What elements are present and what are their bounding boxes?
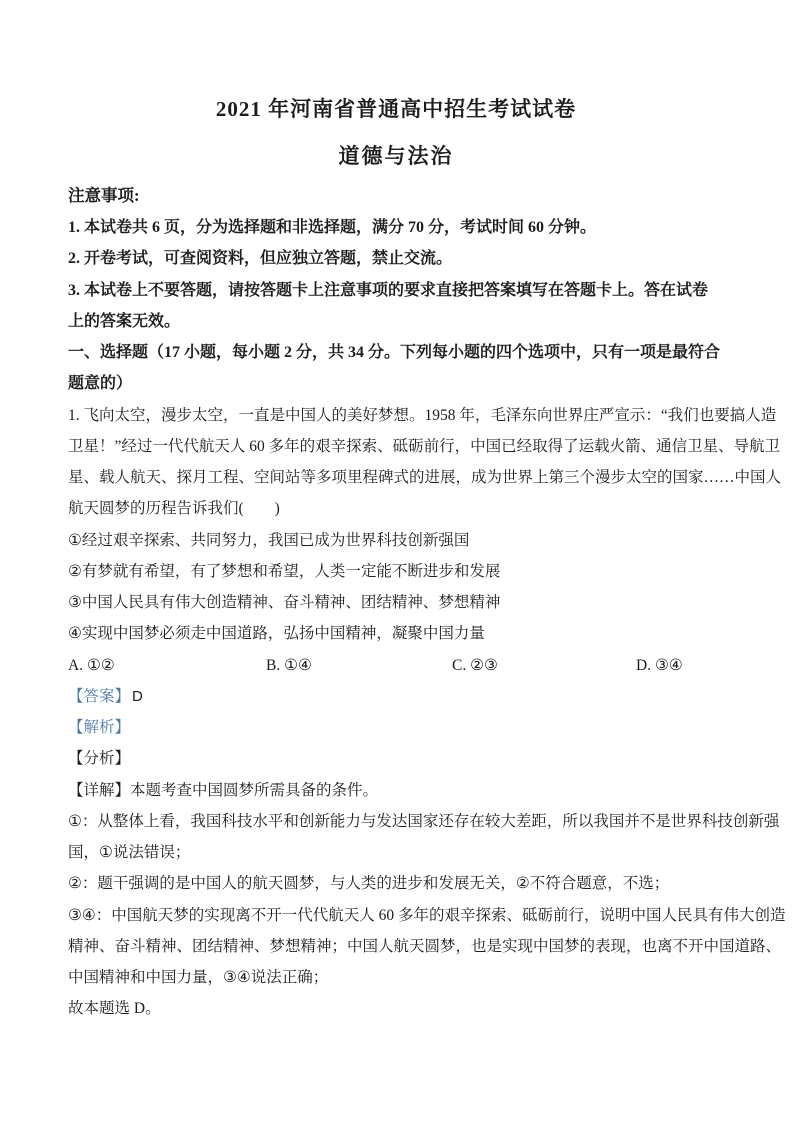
detail-line-6: 精神、奋斗精神、团结精神、梦想精神；中国人航天圆梦，也是实现中国梦的表现，也离不… (68, 931, 724, 962)
document-page: 2021 年河南省普通高中招生考试试卷 道德与法治 注意事项: 1. 本试卷共 … (0, 0, 793, 1122)
exam-subject-title: 道德与法治 (68, 141, 724, 171)
choice-c-label: C. (452, 657, 466, 674)
exam-title: 2021 年河南省普通高中招生考试试卷 (68, 94, 724, 124)
choice-b: B. ①④ (266, 650, 312, 681)
notice-heading: 注意事项: (68, 183, 724, 209)
question-1-statement-1: ①经过艰辛探索、共同努力，我国已成为世界科技创新强国 (68, 525, 724, 556)
review-label: 【分析】 (68, 750, 130, 767)
detail-line-2: ①：从整体上看，我国科技水平和创新能力与发达国家还存在较大差距，所以我国并不是世… (68, 806, 724, 837)
choice-d-label: D. (636, 657, 651, 674)
choice-d: D. ③④ (636, 650, 683, 681)
question-1-stem-line-1: 1. 飞向太空，漫步太空，一直是中国人的美好梦想。1958 年，毛泽东向世界庄严… (68, 400, 724, 431)
choice-b-label: B. (266, 657, 280, 674)
detail-line-3: 国，①说法错误； (68, 837, 724, 868)
conclusion-line: 故本题选 D。 (68, 993, 724, 1024)
page-content: 2021 年河南省普通高中招生考试试卷 道德与法治 注意事项: 1. 本试卷共 … (0, 94, 793, 1025)
answer-value: D (130, 688, 143, 705)
notice-item-1: 1. 本试卷共 6 页，分为选择题和非选择题，满分 70 分，考试时间 60 分… (68, 212, 724, 243)
detail-line-5: ③④：中国航天梦的实现离不开一代代航天人 60 多年的艰辛探索、砥砺前行，说明中… (68, 900, 724, 931)
question-1-statement-2: ②有梦就有希望，有了梦想和希望，人类一定能不断进步和发展 (68, 556, 724, 587)
answer-row: 【答案】D (68, 681, 724, 712)
choice-d-value: ③④ (655, 657, 683, 674)
question-1-statement-3: ③中国人民具有伟大创造精神、奋斗精神、团结精神、梦想精神 (68, 587, 724, 618)
question-1-statement-4: ④实现中国梦必须走中国道路，弘扬中国精神，凝聚中国力量 (68, 618, 724, 649)
section-heading-line-2: 题意的） (68, 368, 724, 399)
choice-a-label: A. (68, 657, 83, 674)
document-body: 1. 本试卷共 6 页，分为选择题和非选择题，满分 70 分，考试时间 60 分… (68, 212, 724, 1025)
choice-a-value: ①② (87, 657, 115, 674)
analysis-label: 【解析】 (68, 719, 130, 736)
choice-a: A. ①② (68, 650, 115, 681)
notice-item-3-line-2: 上的答案无效。 (68, 306, 724, 337)
detail-line-7: 中国精神和中国力量，③④说法正确； (68, 962, 724, 993)
question-1-choices-row: A. ①② B. ①④ C. ②③ D. ③④ (68, 650, 724, 681)
question-1-stem-line-3: 星、载人航天、探月工程、空间站等多项里程碑式的进展，成为世界上第三个漫步太空的国… (68, 462, 724, 493)
analysis-row: 【解析】 (68, 712, 724, 743)
section-heading-line-1: 一、选择题（17 小题，每小题 2 分，共 34 分。下列每小题的四个选项中，只… (68, 337, 724, 368)
choice-b-value: ①④ (284, 657, 312, 674)
choice-c: C. ②③ (452, 650, 498, 681)
detail-line-1: 【详解】本题考查中国圆梦所需具备的条件。 (68, 775, 724, 806)
review-row: 【分析】 (68, 743, 724, 774)
notice-item-2: 2. 开卷考试，可查阅资料，但应独立答题，禁止交流。 (68, 243, 724, 274)
detail-line-4: ②：题干强调的是中国人的航天圆梦，与人类的进步和发展无关，②不符合题意，不选； (68, 868, 724, 899)
choice-c-value: ②③ (470, 657, 498, 674)
question-1-stem-line-4: 航天圆梦的历程告诉我们( ) (68, 493, 724, 524)
question-1-stem-line-2: 卫星！”经过一代代航天人 60 多年的艰辛探索、砥砺前行，中国已经取得了运载火箭… (68, 431, 724, 462)
answer-label: 【答案】 (68, 688, 130, 705)
notice-item-3-line-1: 3. 本试卷上不要答题，请按答题卡上注意事项的要求直接把答案填写在答题卡上。答在… (68, 275, 724, 306)
